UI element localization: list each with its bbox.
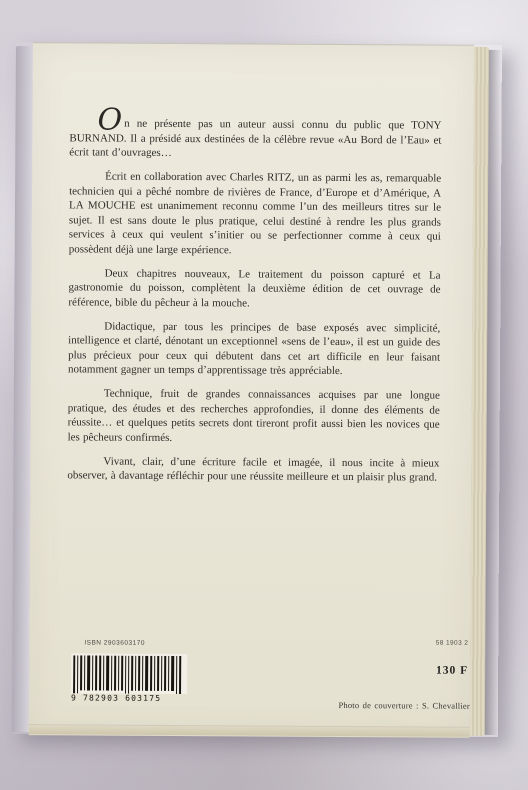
blurb-paragraph-5: Technique, fruit de grandes connaissance… bbox=[68, 386, 440, 447]
book-edge-shadow bbox=[485, 50, 502, 735]
blurb-paragraph-3: Deux chapitres nouveaux, Le traitement d… bbox=[68, 266, 440, 312]
blurb-paragraph-1: On ne présente pas un auteur aussi connu… bbox=[69, 116, 441, 162]
blurb-paragraph-1-text: n ne présente pas un auteur aussi connu … bbox=[69, 118, 441, 160]
blurb-paragraph-6: Vivant, clair, d’une écriture facile et … bbox=[67, 454, 439, 486]
barcode-digits: 9 782903 603175 bbox=[71, 693, 187, 703]
barcode-bars-graphic bbox=[71, 653, 187, 694]
blurb-paragraph-4: Didactique, par tous les principes de ba… bbox=[68, 319, 440, 380]
cover-face: On ne présente pas un auteur aussi connu… bbox=[29, 42, 474, 738]
blurb-text-block: On ne présente pas un auteur aussi connu… bbox=[67, 116, 441, 494]
cover-photo-credit: Photo de couverture : S. Chevallier bbox=[338, 700, 470, 711]
price-label: 130 F bbox=[436, 665, 468, 677]
blurb-paragraph-2: Écrit en collaboration avec Charles RITZ… bbox=[69, 169, 442, 259]
isbn-text: ISBN 2903603170 bbox=[84, 639, 145, 646]
ean-barcode: 9 782903 603175 bbox=[71, 653, 187, 703]
book-back-cover: On ne présente pas un auteur aussi connu… bbox=[12, 42, 502, 737]
printer-code: 58 1903 2 bbox=[436, 640, 469, 647]
table-surface: On ne présente pas un auteur aussi connu… bbox=[0, 0, 528, 790]
